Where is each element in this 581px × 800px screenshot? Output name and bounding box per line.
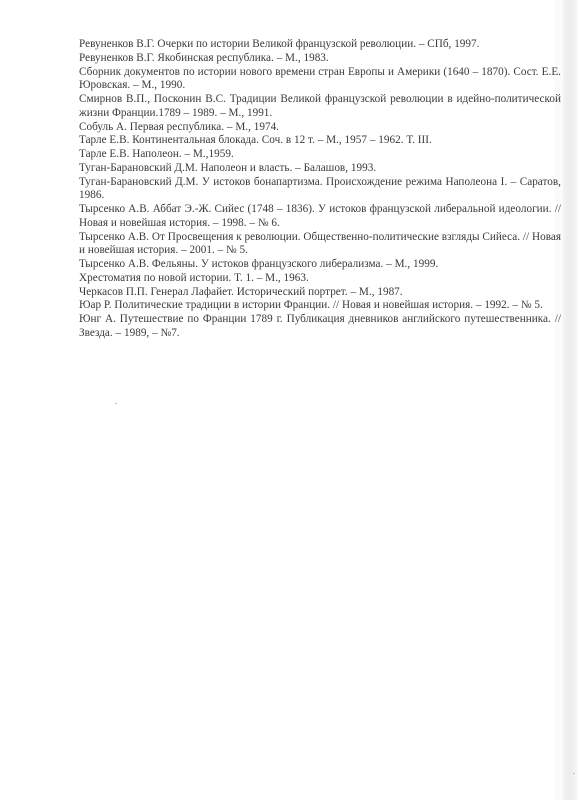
- bibliography-entry: Хрестоматия по новой истории. Т. 1. – М.…: [79, 272, 561, 286]
- bibliography-entry: Тарле Е.В. Наполеон. – М.,1959.: [79, 148, 561, 162]
- scan-speck: [573, 773, 575, 774]
- bibliography-entry: Туган-Барановский Д.М. У истоков бонапар…: [79, 176, 561, 204]
- bibliography-entry: Тарле Е.В. Континентальная блокада. Соч.…: [79, 134, 561, 148]
- bibliography-entry: Ревуненков В.Г. Якобинская республика. –…: [79, 52, 561, 66]
- bibliography-entry: Собуль А. Первая республика. – М., 1974.: [79, 121, 561, 135]
- bibliography-entry: Тырсенко А.В. От Просвещения к революции…: [79, 231, 561, 259]
- bibliography-entry: Тырсенко А.В. Фельяны. У истоков француз…: [79, 258, 561, 272]
- bibliography-entry: Сборник документов по истории нового вре…: [79, 66, 561, 94]
- bibliography-entry: Тырсенко А.В. Аббат Э.-Ж. Сийес (1748 – …: [79, 203, 561, 231]
- bibliography-entry: Черкасов П.П. Генерал Лафайет. Историчес…: [79, 286, 561, 300]
- bibliography-entry: Смирнов В.П., Посконин В.С. Традиции Вел…: [79, 93, 561, 121]
- bibliography-entry: Туган-Барановский Д.М. Наполеон и власть…: [79, 162, 561, 176]
- bibliography-entry: Юар Р. Политические традиции в истории Ф…: [79, 299, 561, 313]
- bibliography-entry: Юнг А. Путешествие по Франции 1789 г. Пу…: [79, 313, 561, 341]
- page-edge-shadow: [563, 0, 578, 800]
- bibliography-list: Ревуненков В.Г. Очерки по истории Велико…: [79, 38, 561, 341]
- bibliography-entry: Ревуненков В.Г. Очерки по истории Велико…: [79, 38, 561, 52]
- scan-speck: [115, 403, 117, 404]
